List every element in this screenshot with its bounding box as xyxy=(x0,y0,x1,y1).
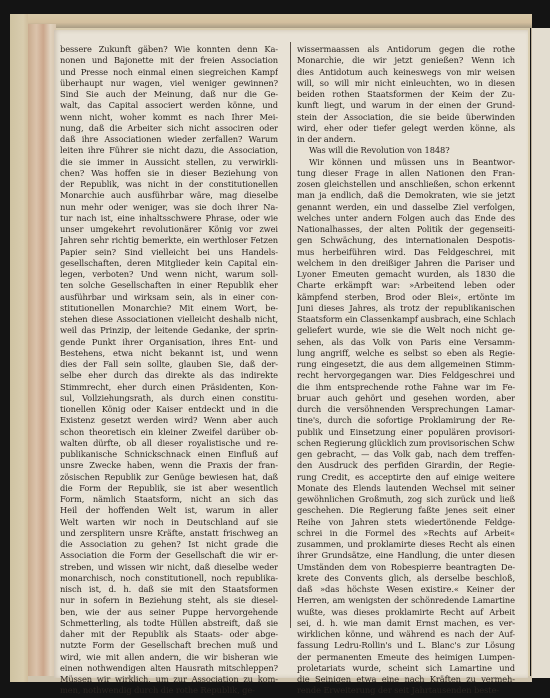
text-line: streben, und wissen wir nicht, daß diese… xyxy=(60,562,278,573)
text-line: der Republik, was nicht in der constitut… xyxy=(60,179,278,190)
text-line: beiden rothen Staatsformen der Keim der … xyxy=(297,89,515,100)
page-stack-edge xyxy=(28,24,56,678)
text-line: Müssen wir wirklich, um zur Association … xyxy=(60,674,278,685)
text-line: unsre Zwecke haben, wenn die Praxis der … xyxy=(60,460,278,471)
text-line: gen gebracht, — das Volk gab, nach dem t… xyxy=(297,449,515,460)
text-line: rung eingesetzt, die aus dem allgemeinen… xyxy=(297,359,515,370)
text-line: nun mehr oder weniger, was sie doch ihre… xyxy=(60,202,278,213)
text-line: ausführbar und wirksam sein, als in eine… xyxy=(60,292,278,303)
text-line: proletariats wurde, scheint sich Lamarti… xyxy=(297,663,515,674)
text-line: schrei in die Formel des »Rechts auf Arb… xyxy=(297,528,515,539)
text-line: gesellschaften, deren Mitglieder kein Ca… xyxy=(60,258,278,269)
text-line: sul, Vollziehungsrath, als durch einen c… xyxy=(60,393,278,404)
text-line: fassung Ledru-Rollin's und L. Blanc's zu… xyxy=(297,640,515,651)
text-line: wußte, was dieses proklamirte Recht auf … xyxy=(297,607,515,618)
text-line: stitutionellen Monarchie? Mit einem Wort… xyxy=(60,303,278,314)
text-line: Umständen dem von Robespierre beantragte… xyxy=(297,562,515,573)
text-line: Jahren sehr richtig bemerkte, ein werthl… xyxy=(60,235,278,246)
text-line: sei, d. h. wie man damit Ernst machen, e… xyxy=(297,618,515,629)
text-line: den Ausdruck des perfiden Girardin, der … xyxy=(297,460,515,471)
text-line: rende Erweiterung der seit Jahrtausenden… xyxy=(297,685,515,696)
text-line: walten dürfte, ob all dieser royalistisc… xyxy=(60,438,278,449)
text-line: in der andern. xyxy=(297,134,515,145)
text-line: Sind Sie auch der Meinung, daß nur die G… xyxy=(60,89,278,100)
text-line: ben, wie der aus seiner Puppe hervorgehe… xyxy=(60,607,278,618)
text-line: leiten ihre Führer sie nicht dazu, die A… xyxy=(60,145,278,156)
text-line: daß »das höchste Wesen existire.« Keiner… xyxy=(297,584,515,595)
text-line: schen Regierung glücklich zum provisoris… xyxy=(297,438,515,449)
text-line: geschehen. Die Regierung faßte jenes sei… xyxy=(297,505,515,516)
text-line: und zersplitern unsre Kräfte, anstatt fr… xyxy=(60,528,278,539)
text-line: tine's, durch die sofortige Proklamirung… xyxy=(297,415,515,426)
text-line: lung angriff, welche es selbst so eben a… xyxy=(297,348,515,359)
text-line: einen nothwendigen alten Hausrath mitsch… xyxy=(60,663,278,674)
text-line: tur nach ist, eine inhaltsschwere Phrase… xyxy=(60,213,278,224)
text-line: legen, verboten? Und wenn nicht, warum s… xyxy=(60,269,278,280)
text-line: Monate des Elends lautenden Wechsel mit … xyxy=(297,483,515,494)
text-line: gen Schwächung, des internationalen Desp… xyxy=(297,235,515,246)
text-line: tung dieser Frage in allen Nationen den … xyxy=(297,168,515,179)
text-line: Association die Form der Gesellschaft di… xyxy=(60,550,278,561)
text-line: schon theoretisch ein kleiner Zweifel da… xyxy=(60,427,278,438)
text-line: selbe eher durch das direkte als das ind… xyxy=(60,370,278,381)
facing-page-edge xyxy=(531,28,550,678)
page-top-edge xyxy=(28,14,532,28)
text-line: Monarchie, die wir jetzt genießen? Wenn … xyxy=(297,55,515,66)
text-line: ten solche Gesellschaften in einer Repub… xyxy=(60,280,278,291)
text-line: mus herbeiführen wird. Das Feldgeschrei,… xyxy=(297,247,515,258)
text-line: die Association zu gehen? Ist nicht grad… xyxy=(60,539,278,550)
text-line: welches unter andern Folgen auch das End… xyxy=(297,213,515,224)
text-line: Bestehens, etwa nicht bekannt ist, und w… xyxy=(60,348,278,359)
text-line: zösischen Republik zur Genüge bewiesen h… xyxy=(60,472,278,483)
text-line: geliefert wurde, wie sie die Welt noch n… xyxy=(297,325,515,336)
text-line: men, nothwendig durch die rothe Republik… xyxy=(60,685,278,696)
text-line: wird, wie mit allen andern, die wir bish… xyxy=(60,652,278,663)
text-line: kunft liegt, und warum in der einen der … xyxy=(297,100,515,111)
text-line: zusammen, und proklamirte dieses Recht a… xyxy=(297,539,515,550)
text-line: publik und Einsetzung einer populären pr… xyxy=(297,427,515,438)
text-line: chen? Was hoffen sie in dieser Beziehung… xyxy=(60,168,278,179)
text-line: unser umgekehrt revolutionärer König vor… xyxy=(60,224,278,235)
text-line: wissermaassen als Antidorum gegen die ro… xyxy=(297,44,515,55)
text-line: der permanenten Emeute des heimigen Lump… xyxy=(297,652,515,663)
text-line: zosen gleichstellen und anschließen, sch… xyxy=(297,179,515,190)
text-line: überhaupt nur wagen, viel weniger gewinn… xyxy=(60,78,278,89)
text-line: die Seinigen etwa eine nach Kräften zu v… xyxy=(297,674,515,685)
text-line: Welt warten wir noch in Deutschland auf … xyxy=(60,517,278,528)
text-line: nisch ist, d. h. daß sie mit den Staatsf… xyxy=(60,584,278,595)
text-line: nur in sofern in Beziehung steht, als si… xyxy=(60,595,278,606)
text-line: Schmetterling, als todte Hüllen abstreif… xyxy=(60,618,278,629)
text-line: die ihm entsprechende rothe Fahne war im… xyxy=(297,382,515,393)
text-line: gende Punkt ihrer Organisation, ihres En… xyxy=(60,337,278,348)
text-line: nung, daß die Arbeiter sich nicht associ… xyxy=(60,123,278,134)
text-line: Lyoner Emeuten gemacht wurden, als 1830 … xyxy=(297,269,515,280)
text-line: wenn nicht, woher kommt es nach Ihrer Me… xyxy=(60,112,278,123)
text-line: will, so will mir nicht einleuchten, wo … xyxy=(297,78,515,89)
text-line: Charte erkämpft war: »Arbeitend leben od… xyxy=(297,280,515,291)
text-line: bessere Zukunft gäben? Wie konnten denn … xyxy=(60,44,278,55)
text-line: nutzte Form der Gesellschaft brechen muß… xyxy=(60,640,278,651)
text-line: ihrer Grundsätze, eine Handlung, die unt… xyxy=(297,550,515,561)
text-line: Was will die Revolution von 1848? xyxy=(297,145,515,156)
text-line: Stimmrecht, eher durch einen Präsidenten… xyxy=(60,382,278,393)
text-line: genannt werden, ein und dasselbe Ziel ve… xyxy=(297,202,515,213)
text-line: publikanische Schnickschnack einen Einfl… xyxy=(60,449,278,460)
text-line: die Form der Republik, sie ist aber wese… xyxy=(60,483,278,494)
left-text-column: bessere Zukunft gäben? Wie konnten denn … xyxy=(60,44,278,697)
text-line: die sie immer in Aussicht stellen, zu ve… xyxy=(60,157,278,168)
text-line: Form, nämlich Staatsform, nicht an sich … xyxy=(60,494,278,505)
text-line: rung Credit, es acceptirte den auf einig… xyxy=(297,472,515,483)
text-line: stein der Association, die sie beide übe… xyxy=(297,112,515,123)
text-line: und Presse noch einmal einen siegreichen… xyxy=(60,67,278,78)
text-line: Heil der hoffenden Welt ist, warum in al… xyxy=(60,505,278,516)
text-line: Juni dieses Jahres, als trotz der republ… xyxy=(297,303,515,314)
text-line: gewöhnlichen Großmuth, zog sich zurück u… xyxy=(297,494,515,505)
text-line: Nationalhasses, der alten Politik der ge… xyxy=(297,224,515,235)
text-line: weil das Prinzip, der leitende Gedanke, … xyxy=(60,325,278,336)
text-line: recht hervorgegangen war. Dies Feldgesch… xyxy=(297,370,515,381)
text-line: Wir können und müssen uns in Beantwor- xyxy=(297,157,515,168)
text-line: Monarchie auch ausführbar wäre, mag dies… xyxy=(60,190,278,201)
text-line: daß ihre Associationen wieder zerfallen?… xyxy=(60,134,278,145)
text-line: bruar auch gehört und gesehen worden, ab… xyxy=(297,393,515,404)
text-line: stehen diese Associationen vielleicht de… xyxy=(60,314,278,325)
text-line: welchem in den dreißiger Jahren die Pari… xyxy=(297,258,515,269)
text-line: daher mit der Republik als Staats- oder … xyxy=(60,629,278,640)
text-line: Reihe von Jahren stets wiedertönende Fel… xyxy=(297,517,515,528)
text-line: kämpfend sterben, Brod oder Blei«, ertön… xyxy=(297,292,515,303)
text-line: man ja endlich, daß die Demokraten, wie … xyxy=(297,190,515,201)
text-line: wird, eher oder tiefer gelegt werden kön… xyxy=(297,123,515,134)
text-line: dies der Fall sein sollte, glauben Sie, … xyxy=(60,359,278,370)
text-line: dies Antidotum auch keineswegs von mir w… xyxy=(297,67,515,78)
right-text-column: wissermaassen als Antidorum gegen die ro… xyxy=(297,44,515,697)
text-line: wirklichen könne, und während es nach de… xyxy=(297,629,515,640)
text-line: Papier sein? Sind vielleicht bei uns Han… xyxy=(60,247,278,258)
text-line: durch die versöhnenden Versprechungen La… xyxy=(297,404,515,415)
text-line: nonen und Bajonette mit der freien Assoc… xyxy=(60,55,278,66)
text-line: Herren, am wenigsten der schönredende La… xyxy=(297,595,515,606)
text-line: sehen, als das Volk von Paris eine Versa… xyxy=(297,337,515,348)
text-line: Staatsform ein Classenkampf ausbrach, ei… xyxy=(297,314,515,325)
text-line: Existenz gesetzt werden wird? Wenn aber … xyxy=(60,415,278,426)
text-line: tionellen König oder Kaiser entdeckt und… xyxy=(60,404,278,415)
text-line: krete des Convents glich, als derselbe b… xyxy=(297,573,515,584)
text-line: walt, das Capital associert werden könne… xyxy=(60,100,278,111)
column-divider xyxy=(290,42,291,628)
text-line: monarchisch, noch constitutionell, noch … xyxy=(60,573,278,584)
